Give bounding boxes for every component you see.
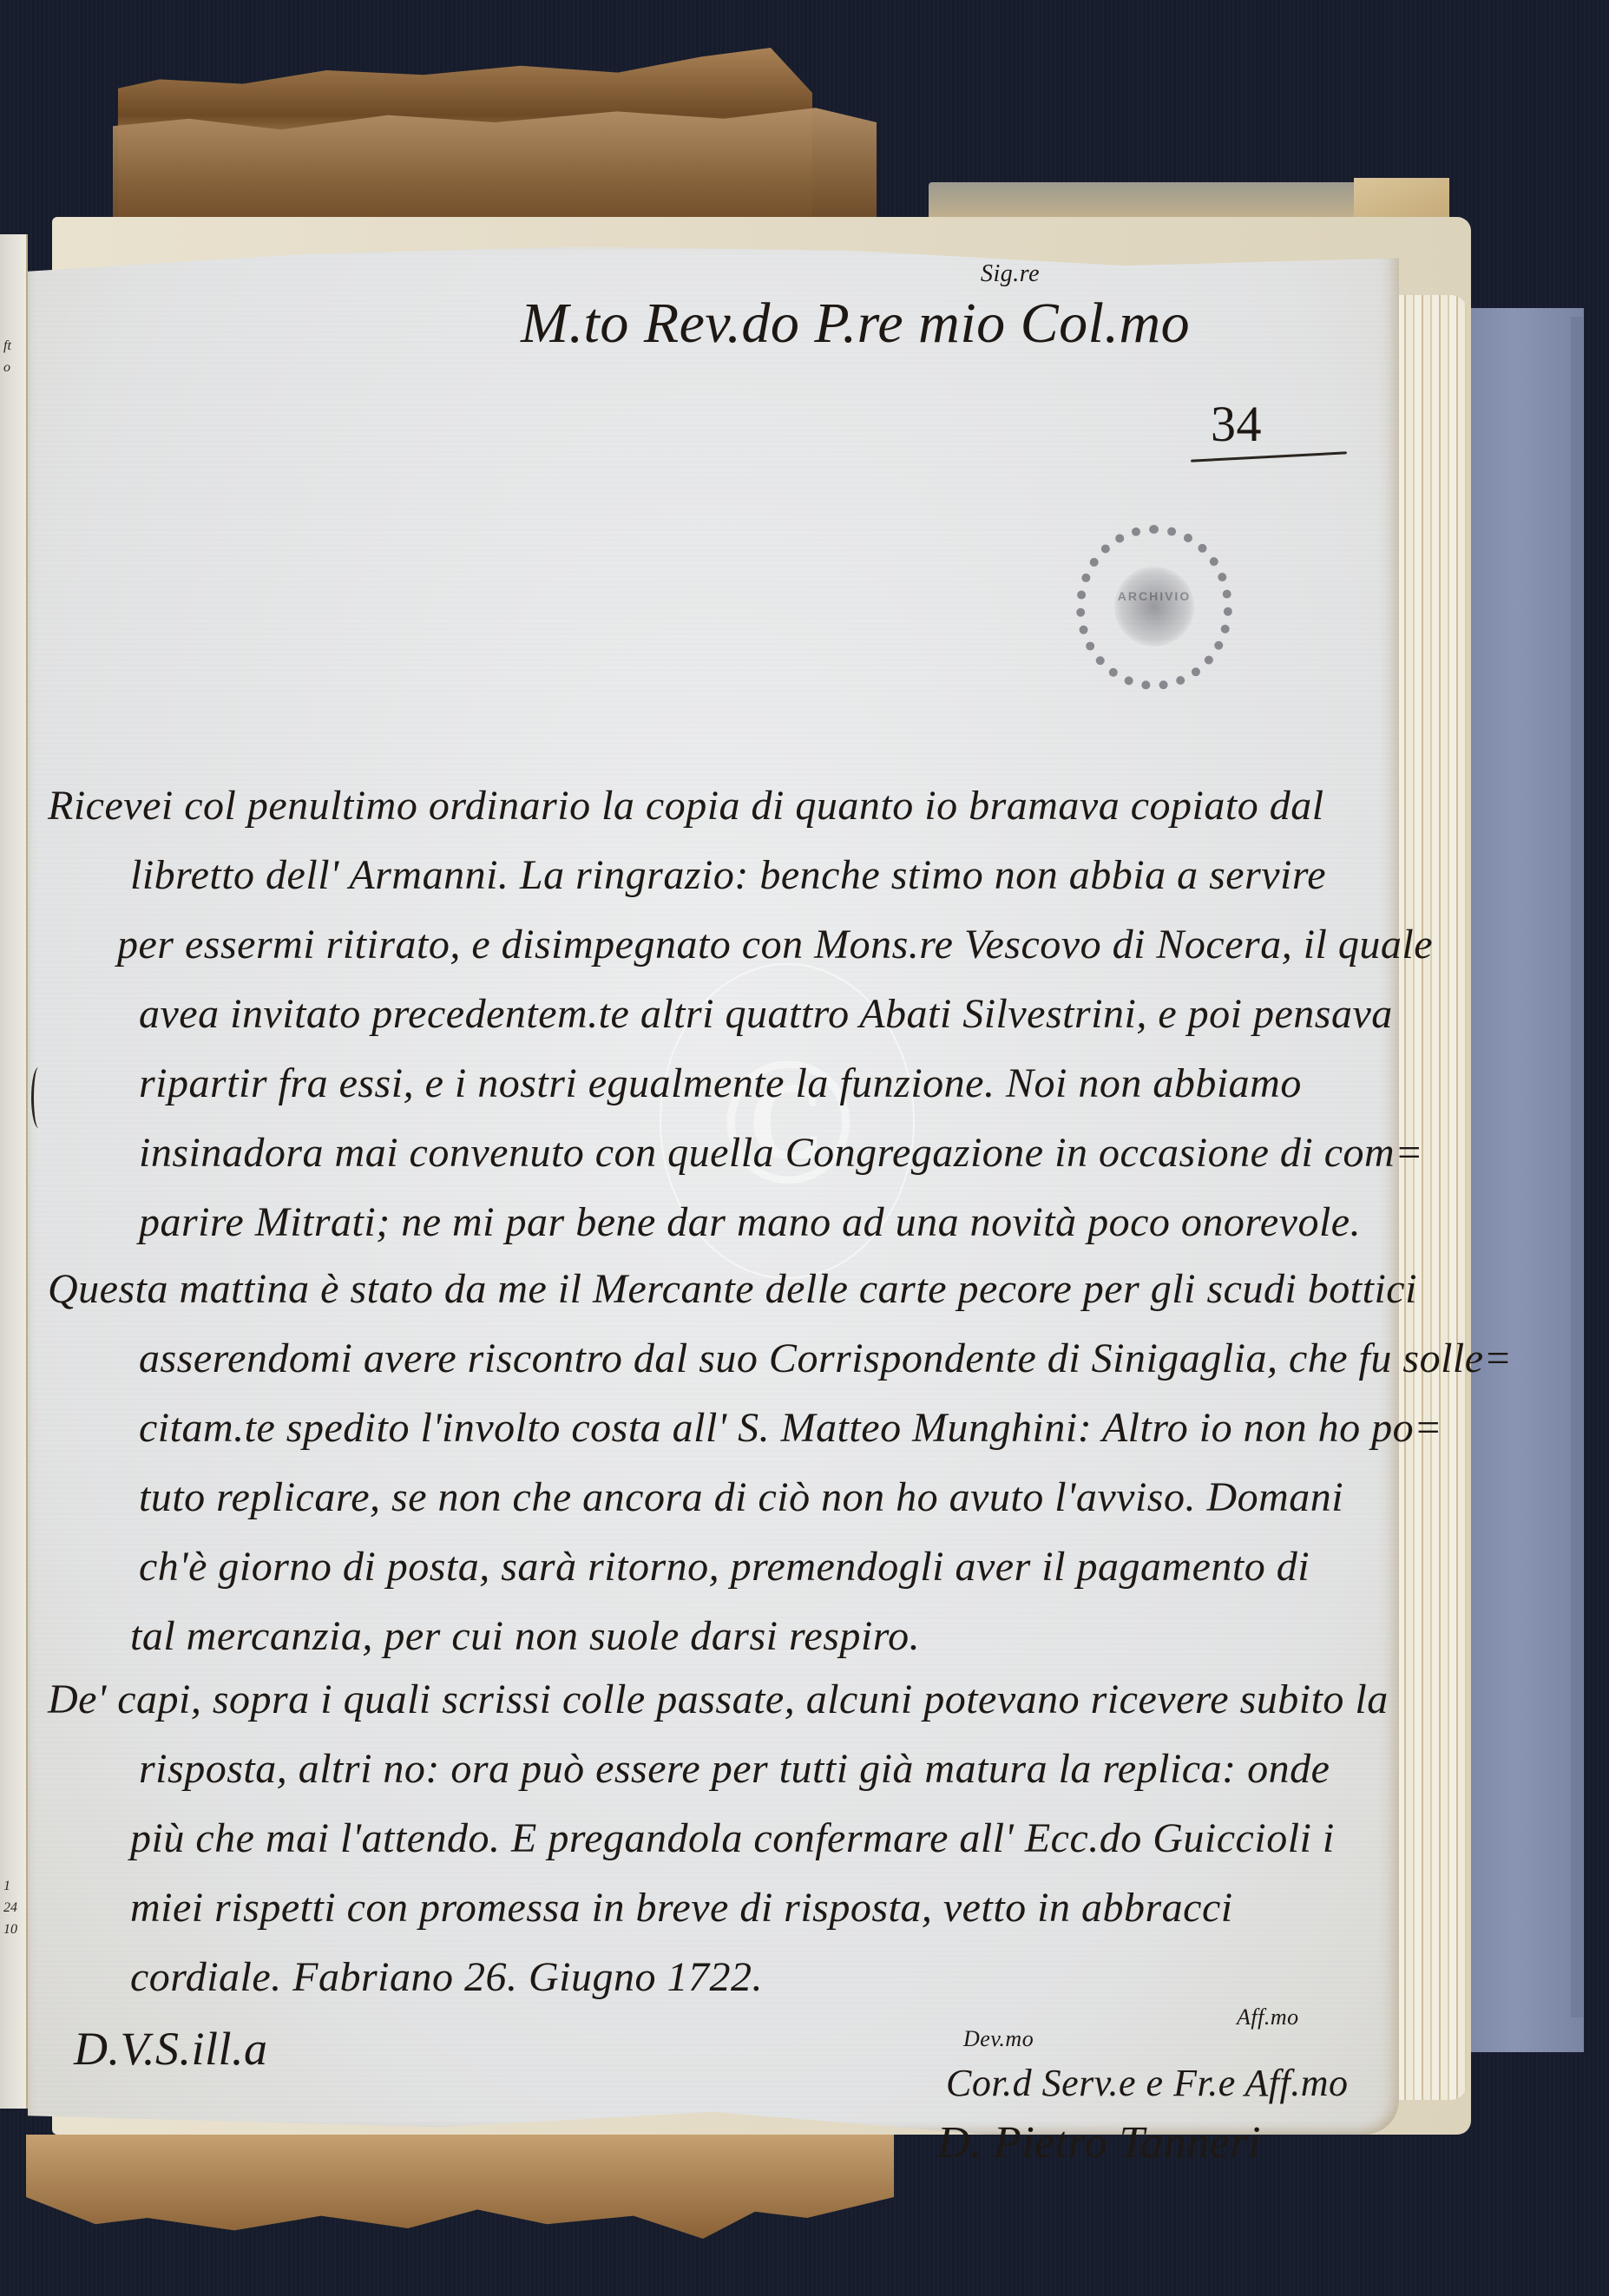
- letter-line: Questa mattina è stato da me il Mercante…: [48, 1269, 1417, 1310]
- archive-stamp: ARCHIVIO: [1076, 525, 1232, 690]
- letter-line: ch'è giorno di posta, sarà ritorno, prem…: [139, 1546, 1310, 1588]
- letter-line: parire Mitrati; ne mi par bene dar mano …: [139, 1202, 1361, 1243]
- letter-line: più che mai l'attendo. E pregandola conf…: [130, 1818, 1335, 1860]
- stamp-legend: ARCHIVIO: [1085, 589, 1224, 603]
- stamp-emblem-icon: [1114, 567, 1194, 646]
- letter-line: asserendomi avere riscontro dal suo Corr…: [139, 1338, 1512, 1380]
- facing-page-fragment: ft o 1 24 10: [0, 234, 28, 2109]
- closing-superscript: Aff.mo: [1237, 2004, 1299, 2030]
- letter-line: citam.te spedito l'involto costa all' S.…: [139, 1407, 1442, 1449]
- letter-line: De' capi, sopra i quali scrissi colle pa…: [48, 1679, 1389, 1721]
- letter-line: tuto replicare, se non che ancora di ciò…: [139, 1477, 1343, 1519]
- margin-note: 1: [3, 1879, 24, 1894]
- margin-note: 24: [3, 1900, 24, 1916]
- salutation: M.to Rev.do P.re mio Col.mo: [521, 291, 1190, 357]
- letter-line: avea invitato precedentem.te altri quatt…: [139, 994, 1393, 1035]
- tissue-paper-edge: [1571, 317, 1583, 2017]
- signature: D. Pietro Tanneri: [937, 2117, 1261, 2168]
- margin-note: 10: [3, 1922, 24, 1938]
- letter-line: tal mercanzia, per cui non suole darsi r…: [130, 1616, 920, 1657]
- margin-note: ft: [3, 338, 24, 354]
- margin-bracket: [31, 1067, 46, 1128]
- margin-note: o: [3, 360, 24, 376]
- letter-line: per essermi ritirato, e disimpegnato con…: [117, 924, 1433, 966]
- closing-superscript: Dev.mo: [963, 2026, 1034, 2052]
- closing-formula: Cor.d Serv.e e Fr.e Aff.mo: [946, 2061, 1349, 2105]
- letter-line: insinadora mai convenuto con quella Cong…: [139, 1132, 1423, 1174]
- letter-line: risposta, altri no: ora può essere per t…: [139, 1748, 1330, 1790]
- letter-line-dateline: cordiale. Fabriano 26. Giugno 1722.: [130, 1957, 763, 1998]
- letter-line: miei rispetti con promessa in breve di r…: [130, 1887, 1233, 1929]
- letter-line: ripartir fra essi, e i nostri egualmente…: [139, 1063, 1302, 1105]
- valediction-abbreviation: D.V.S.ill.a: [74, 2022, 268, 2076]
- salutation-superscript: Sig.re: [981, 260, 1040, 288]
- letter-line: Ricevei col penultimo ordinario la copia…: [48, 785, 1324, 827]
- brown-wrapper-bottom: [26, 2135, 894, 2239]
- letter-line: libretto dell' Armanni. La ringrazio: be…: [130, 855, 1326, 896]
- folio-number: 34: [1211, 395, 1262, 453]
